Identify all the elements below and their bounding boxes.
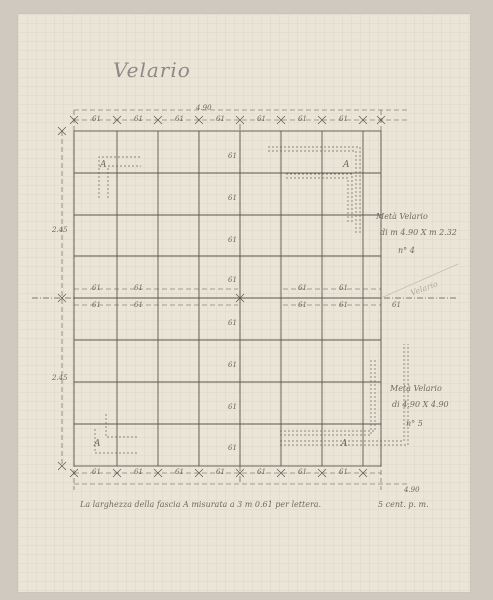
- vertical-center-label: 61: [228, 403, 237, 411]
- vertical-center-label: 61: [228, 236, 237, 244]
- fascia-a-label: A: [100, 160, 107, 170]
- fascia-a-label: A: [341, 439, 348, 449]
- mid-segment-label: 61: [92, 301, 101, 309]
- mid-segment-label: 61: [298, 284, 307, 292]
- left-upper-dimension: 2.45: [52, 226, 68, 234]
- bottom-segment-label: 61: [216, 468, 225, 476]
- bottom-segment-label: 61: [339, 468, 348, 476]
- top-segment-label: 61: [92, 115, 101, 123]
- bottom-overall-dimension: 4.90: [404, 486, 420, 494]
- mid-segment-label: 61: [92, 284, 101, 292]
- top-segment-label: 61: [298, 115, 307, 123]
- vertical-center-label: 61: [228, 152, 237, 160]
- bottom-segment-label: 61: [298, 468, 307, 476]
- bottom-segment-label: 61: [175, 468, 184, 476]
- left-lower-dimension: 2.45: [52, 374, 68, 382]
- mid-segment-label: 61: [298, 301, 307, 309]
- top-overall-dimension: 4.90: [196, 104, 212, 112]
- note-lower-right-line1: Metà Velario: [390, 384, 442, 393]
- bottom-segment-label: 61: [257, 468, 266, 476]
- mid-segment-label: 61: [339, 301, 348, 309]
- vertical-center-label: 61: [228, 276, 237, 284]
- note-upper-right-line2: di m 4.90 X m 2.32: [380, 228, 457, 237]
- mid-segment-label: 61: [339, 284, 348, 292]
- fascia-a-label: A: [343, 160, 350, 170]
- vertical-center-label: 61: [228, 444, 237, 452]
- top-segment-label: 61: [134, 115, 143, 123]
- vertical-center-label: 61: [228, 319, 237, 327]
- bottom-segment-label: 61: [92, 468, 101, 476]
- mid-segment-label: 61: [134, 301, 143, 309]
- vertical-center-label: 61: [228, 194, 237, 202]
- mid-segment-label: 61: [392, 301, 401, 309]
- drawing-sheet: Velario 4.90 4.90 2.45 2.45 61 61 61 61 …: [18, 14, 470, 592]
- top-segment-label: 61: [175, 115, 184, 123]
- note-lower-right-line2: di 4.90 X 4.90: [392, 400, 449, 409]
- top-segment-label: 61: [339, 115, 348, 123]
- top-segment-label: 61: [216, 115, 225, 123]
- footer-note: La larghezza della fascia A misurata a 3…: [80, 500, 321, 509]
- note-lower-right-line3: n° 5: [406, 419, 423, 428]
- mid-segment-label: 61: [134, 284, 143, 292]
- top-segment-label: 61: [257, 115, 266, 123]
- vertical-center-label: 61: [228, 361, 237, 369]
- footer-scale: 5 cent. p. m.: [378, 500, 429, 509]
- note-upper-right-line1: Metà Velario: [376, 212, 428, 221]
- note-upper-right-line3: n° 4: [398, 246, 415, 255]
- bottom-segment-label: 61: [134, 468, 143, 476]
- drawing-title: Velario: [113, 58, 191, 82]
- fascia-a-label: A: [94, 439, 101, 449]
